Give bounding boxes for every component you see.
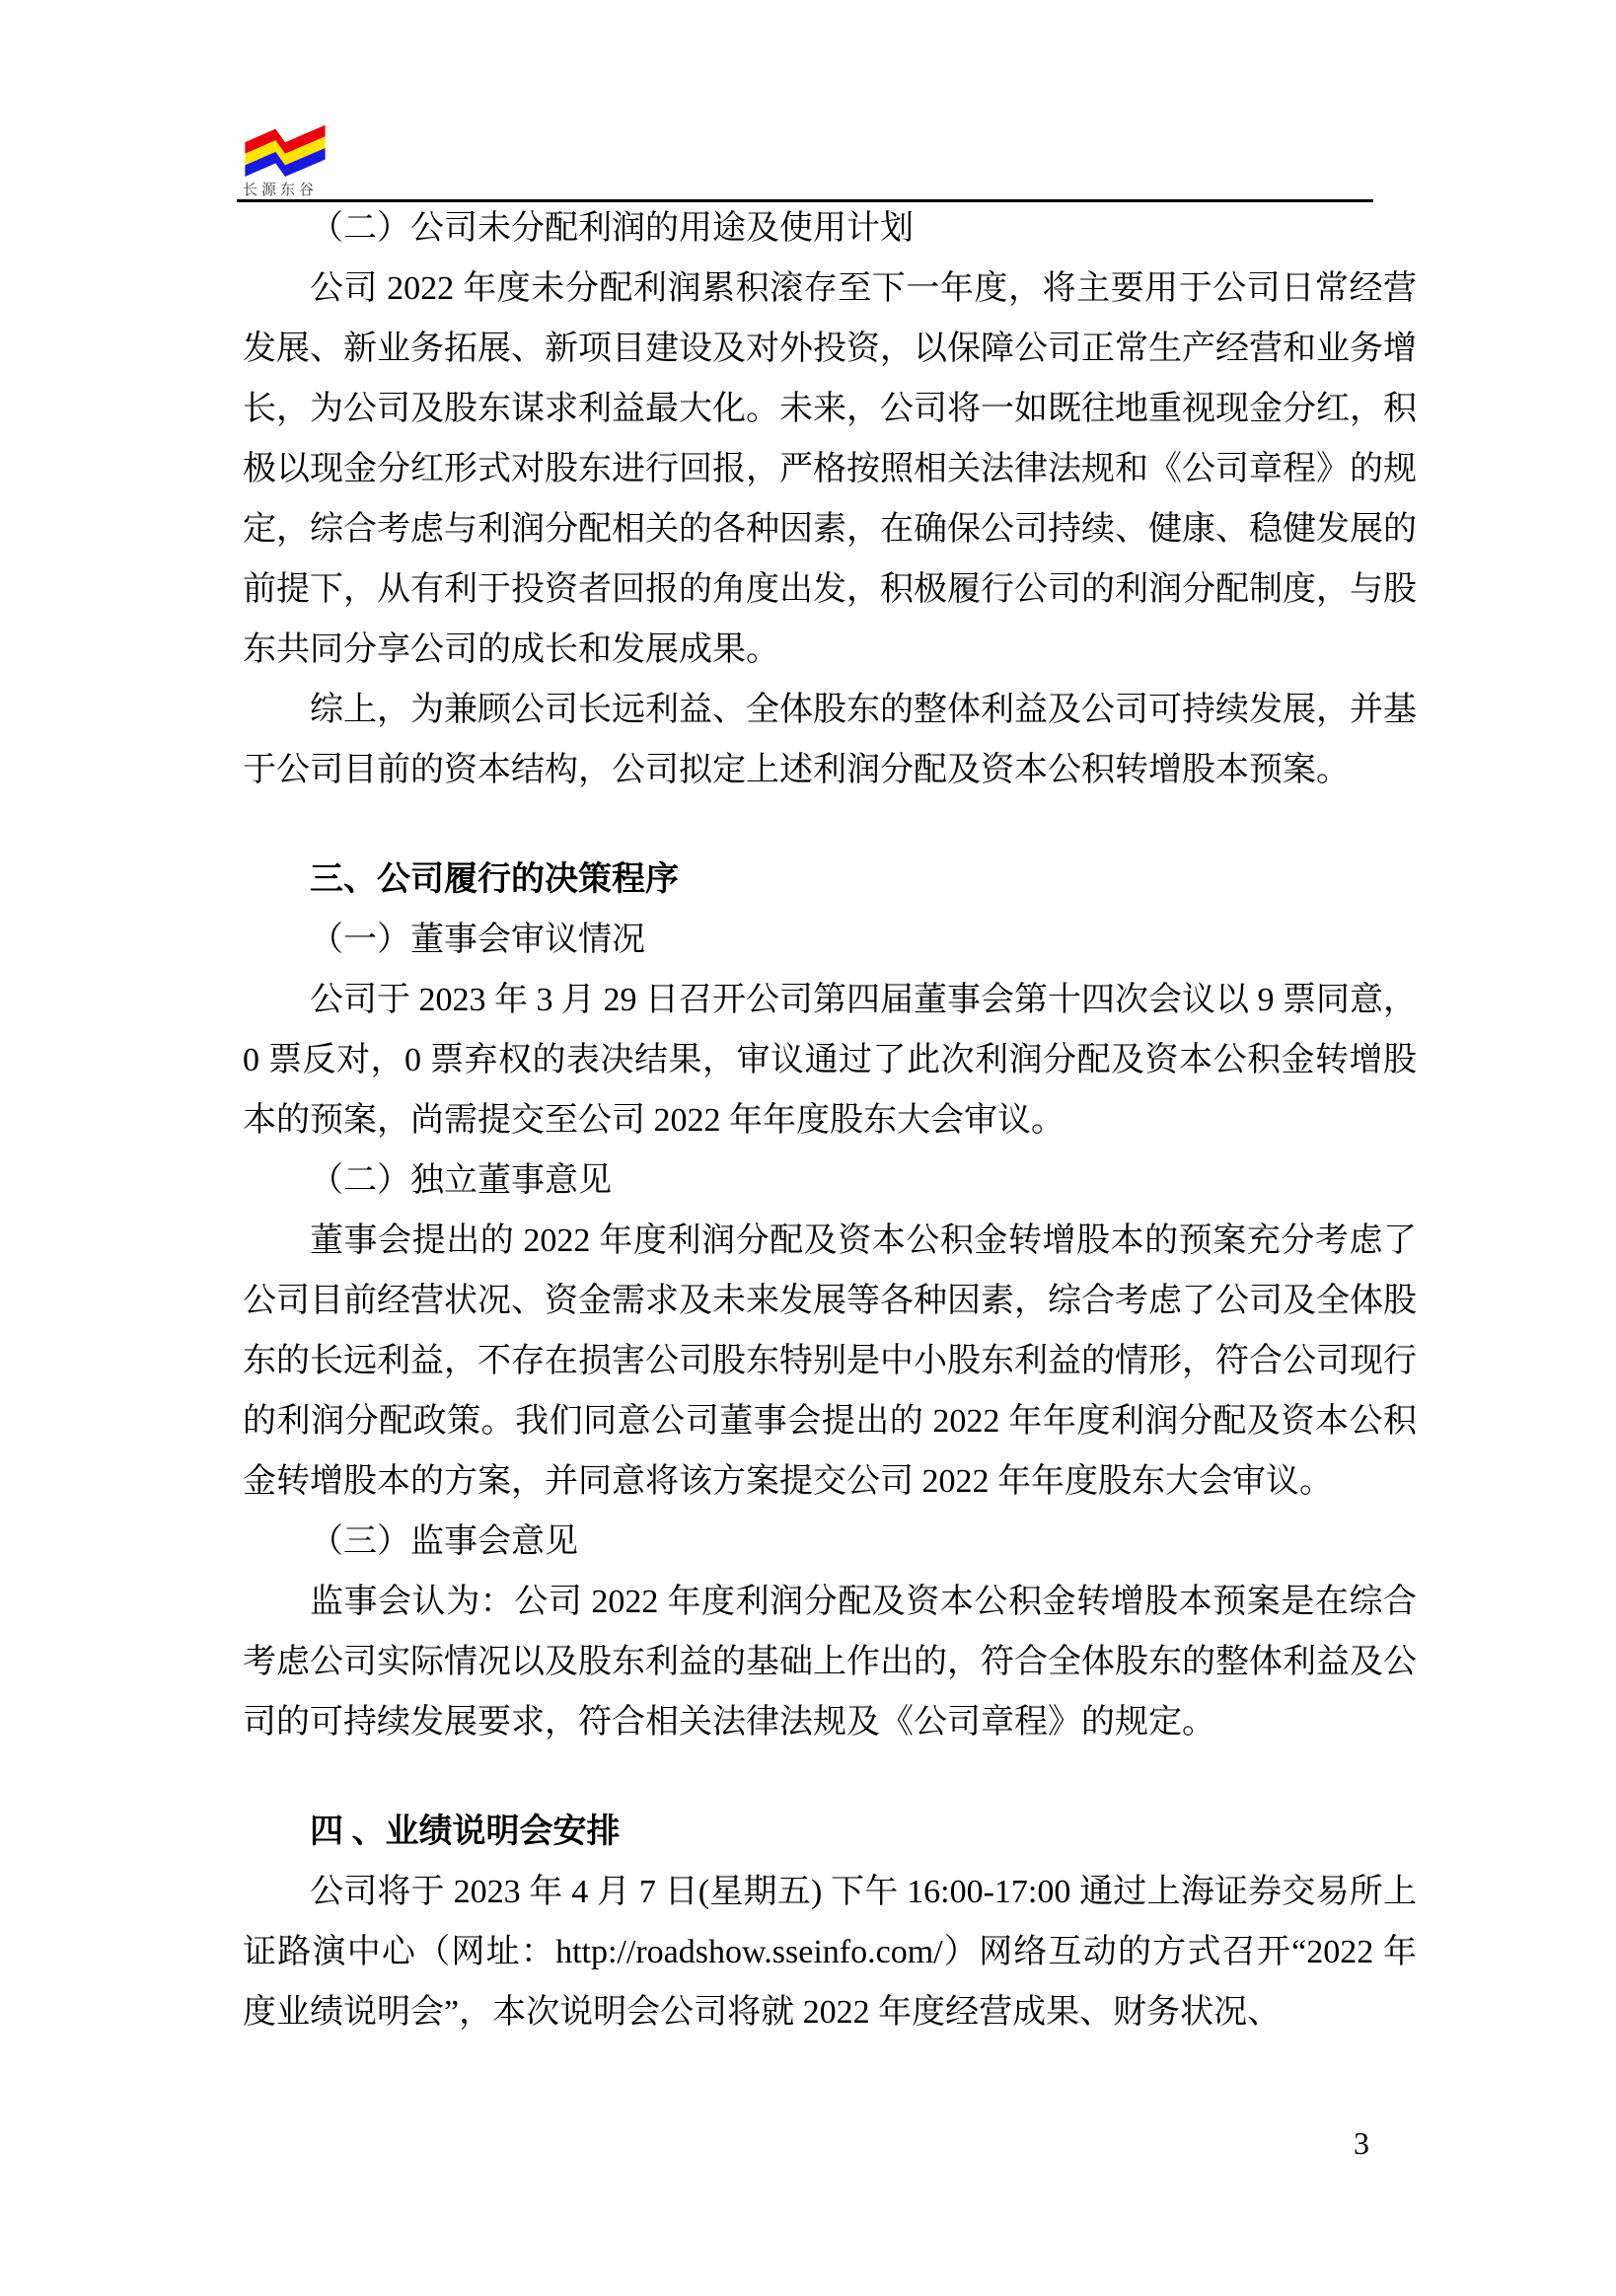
page-number: 3 [1354, 2123, 1369, 2163]
subheading-unallocated-profit-plan: （二）公司未分配利润的用途及使用计划 [243, 198, 1417, 259]
paragraph-board-meeting-vote: 公司于 2023 年 3 月 29 日召开公司第四届董事会第十四次会议以 9 票… [243, 970, 1417, 1150]
document-body: （二）公司未分配利润的用途及使用计划 公司 2022 年度未分配利润累积滚存至下… [243, 198, 1417, 2042]
heading-performance-briefing: 四 、业绩说明会安排 [243, 1802, 1417, 1862]
company-logo-flag-icon [245, 119, 326, 177]
company-logo-text: 长源东谷 [243, 179, 318, 199]
paragraph-unallocated-profit-usage: 公司 2022 年度未分配利润累积滚存至下一年度，将主要用于公司日常经营发展、新… [243, 259, 1417, 680]
paragraph-supervisory-board-statement: 监事会认为：公司 2022 年度利润分配及资本公积金转增股本预案是在综合考虑公司… [243, 1572, 1417, 1752]
heading-decision-procedure: 三、公司履行的决策程序 [243, 850, 1417, 910]
paragraph-independent-directors-statement: 董事会提出的 2022 年度利润分配及资本公积金转增股本的预案充分考虑了公司目前… [243, 1211, 1417, 1512]
subheading-supervisory-board-opinion: （三）监事会意见 [243, 1512, 1417, 1572]
paragraph-summary-proposal: 综上，为兼顾公司长远利益、全体股东的整体利益及公司可持续发展，并基于公司目前的资… [243, 680, 1417, 800]
subheading-independent-directors-opinion: （二）独立董事意见 [243, 1150, 1417, 1211]
document-page: 长源东谷 （二）公司未分配利润的用途及使用计划 公司 2022 年度未分配利润累… [0, 0, 1616, 2296]
subheading-board-review: （一）董事会审议情况 [243, 910, 1417, 970]
paragraph-performance-briefing-details: 公司将于 2023 年 4 月 7 日(星期五) 下午 16:00-17:00 … [243, 1862, 1417, 2042]
